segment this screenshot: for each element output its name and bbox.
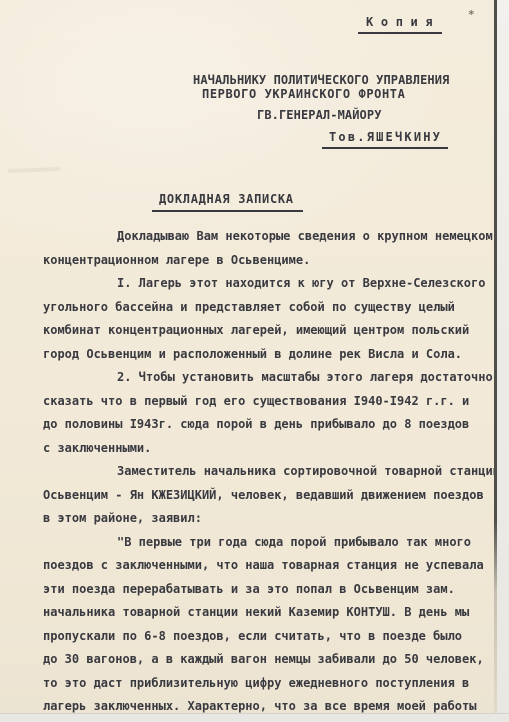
paragraph-intro: Докладываю Вам некоторые сведения о круп…: [43, 225, 509, 272]
recipient-line-1: НАЧАЛЬНИКУ ПОЛИТИЧЕСКОГО УПРАВЛЕНИЯ: [193, 73, 449, 87]
document-page: * К о п и я НАЧАЛЬНИКУ ПОЛИТИЧЕСКОГО УПР…: [0, 0, 509, 722]
recipient-name: Тов.ЯШЕЧКИНУ: [322, 130, 448, 149]
paragraph-witness-quote: "В первые три года сюда порой прибывало …: [43, 531, 509, 719]
paragraph-camp-scale: 2. Чтобы установить масштабы этого лагер…: [43, 366, 509, 460]
document-title: ДОКЛАДНАЯ ЗАПИСКА: [152, 192, 303, 212]
paragraph-witness-intro: Заместитель начальника сортировочной тов…: [43, 460, 509, 531]
paper-smudge: [8, 167, 60, 173]
copy-label: К о п и я: [358, 15, 442, 34]
document-body: Докладываю Вам некоторые сведения о круп…: [43, 225, 509, 719]
recipient-line-3: ГВ.ГЕНЕРАЛ-МАЙОРУ: [257, 108, 382, 122]
corner-asterisk-mark: *: [468, 8, 475, 21]
recipient-line-2: ПЕРВОГО УКРАИНСКОГО ФРОНТА: [202, 87, 405, 101]
scan-bottom-band: [0, 713, 509, 722]
scan-edge-band: [497, 0, 509, 722]
paragraph-camp-location: I. Лагерь этот находится к югу от Верхне…: [43, 272, 509, 366]
